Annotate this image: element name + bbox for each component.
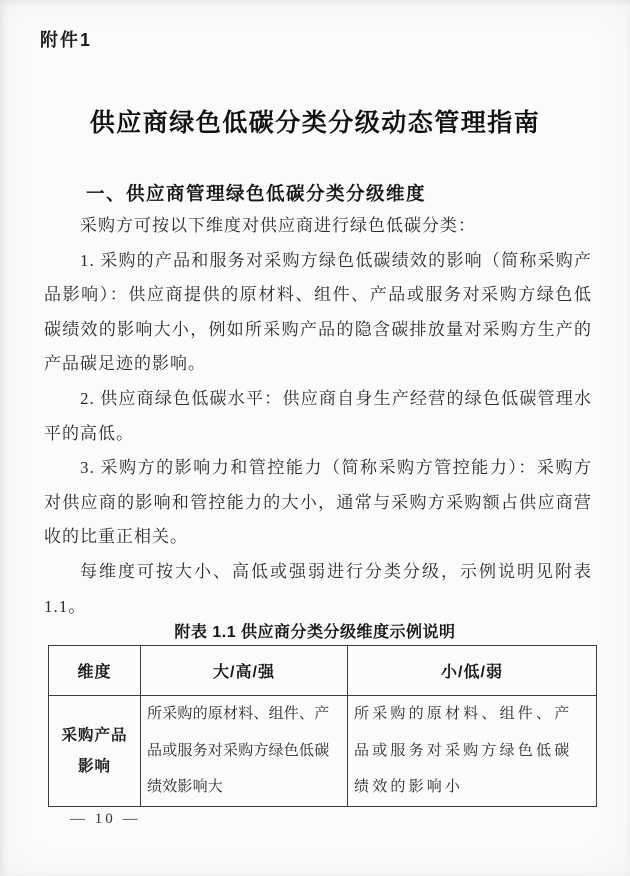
table-header-dimension: 维度 <box>49 646 141 696</box>
table-header-row: 维度 大/高/强 小/低/弱 <box>49 646 597 696</box>
body-text: 采购方可按以下维度对供应商进行绿色低碳分类： 1. 采购的产品和服务对采购方绿色… <box>44 209 592 621</box>
classification-table: 维度 大/高/强 小/低/弱 采购产品影响 所采购的原材料、组件、产品或服务对采… <box>48 645 597 807</box>
table-cell-high-strong: 所采购的原材料、组件、产品或服务对采购方绿色低碳绩效影响大 <box>141 696 348 807</box>
paragraph-item-3: 3. 采购方的影响力和管控能力（简称采购方管控能力）：采购方对供应商的影响和管控… <box>44 451 592 555</box>
section-heading: 一、供应商管理绿色低碳分类分级维度 <box>86 180 426 206</box>
table-cell-dimension: 采购产品影响 <box>49 696 141 807</box>
paragraph-dimensions: 每维度可按大小、高低或强弱进行分类分级，示例说明见附表1.1。 <box>44 555 592 624</box>
paragraph-intro: 采购方可按以下维度对供应商进行绿色低碳分类： <box>44 209 592 244</box>
document-title: 供应商绿色低碳分类分级动态管理指南 <box>0 103 630 139</box>
table-caption: 附表 1.1 供应商分类分级维度示例说明 <box>0 619 630 642</box>
table-header-low-weak: 小/低/弱 <box>348 646 597 696</box>
paragraph-item-1: 1. 采购的产品和服务对采购方绿色低碳绩效的影响（简称采购产品影响）：供应商提供… <box>44 244 592 382</box>
table-cell-low-weak: 所采购的原材料、组件、产品或服务对采购方绿色低碳绩效的影响小 <box>348 696 597 807</box>
page-number: — 10 — <box>70 811 141 828</box>
document-page: 附件1 供应商绿色低碳分类分级动态管理指南 一、供应商管理绿色低碳分类分级维度 … <box>0 0 630 876</box>
paragraph-item-2: 2. 供应商绿色低碳水平：供应商自身生产经营的绿色低碳管理水平的高低。 <box>44 382 592 451</box>
attachment-label: 附件1 <box>40 26 92 52</box>
table-row: 采购产品影响 所采购的原材料、组件、产品或服务对采购方绿色低碳绩效影响大 所采购… <box>49 696 597 807</box>
table-header-high-strong: 大/高/强 <box>141 646 348 696</box>
